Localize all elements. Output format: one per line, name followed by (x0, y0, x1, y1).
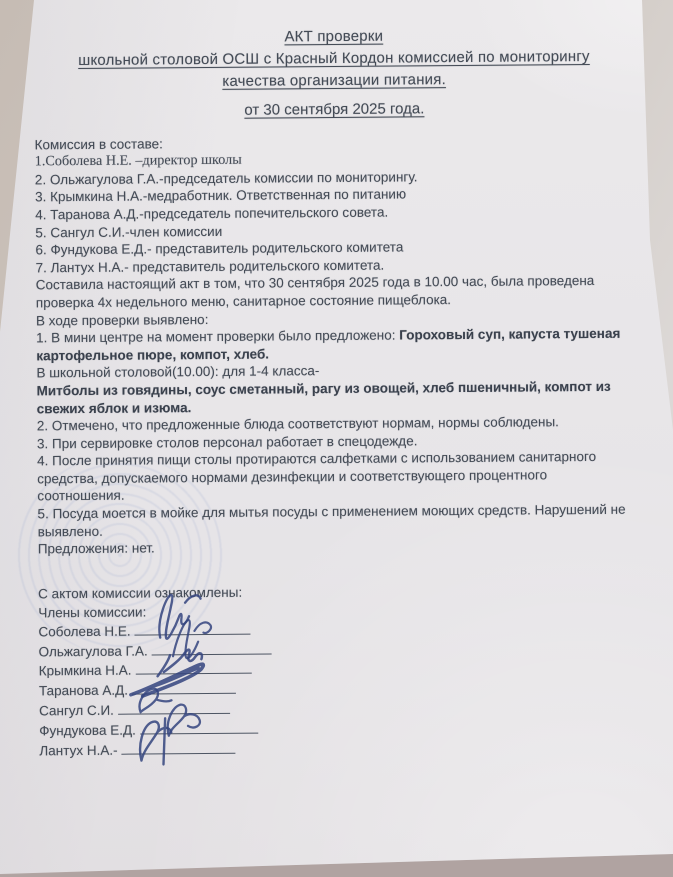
act-content: АКТ проверки школьной столовой ОСШ с Кра… (34, 24, 640, 761)
signature-line (134, 621, 250, 636)
act-subtitle-1: школьной столовой ОСШ с Красный Кордон к… (34, 46, 634, 73)
signer-name: Крымкина Н.А. (39, 663, 132, 679)
signer-name: Ольжагулова Г.А. (39, 643, 148, 659)
act-title-block: АКТ проверки школьной столовой ОСШ с Кра… (34, 24, 634, 95)
signature-line (121, 739, 235, 754)
signature-line (140, 719, 258, 734)
signature-line (135, 660, 251, 675)
signature-line (152, 640, 272, 655)
signer-name: Таранова А.Д. (39, 683, 128, 699)
signer-name: Лантух Н.А.- (39, 742, 117, 758)
canteen-menu: Митболы из говядины, соус сметанный, раг… (36, 378, 636, 418)
signature-line (132, 680, 236, 695)
signer-name: Соболева Н.Е. (38, 623, 130, 639)
act-body: Составила настоящий акт в том, что 30 се… (36, 272, 638, 558)
signature-line (118, 700, 230, 715)
document-photo: АКТ проверки школьной столовой ОСШ с Кра… (0, 0, 673, 877)
signer-name: Фундукова Е.Д. (39, 722, 136, 738)
finding-5: 5. Посуда моется в мойке для мытья посуд… (37, 501, 637, 541)
signatures-block: С актом комиссии ознакомлены: Члены коми… (38, 579, 639, 760)
finding-1-text: 1. В мини центре на момент проверки было… (36, 328, 399, 346)
suggestions-line: Предложения: нет. (38, 536, 638, 558)
signer-name: Сангул С.И. (39, 703, 114, 719)
finding-4: 4. После принятия пищи столы протираются… (37, 448, 637, 505)
act-date: от 30 сентября 2025 года. (34, 99, 634, 121)
intro-paragraph: Составила настоящий акт в том, что 30 се… (36, 272, 636, 312)
commission-list: Комиссия в составе: 1.Соболева Н.Е. –дир… (35, 131, 636, 276)
finding-1: 1. В мини центре на момент проверки было… (36, 325, 636, 365)
